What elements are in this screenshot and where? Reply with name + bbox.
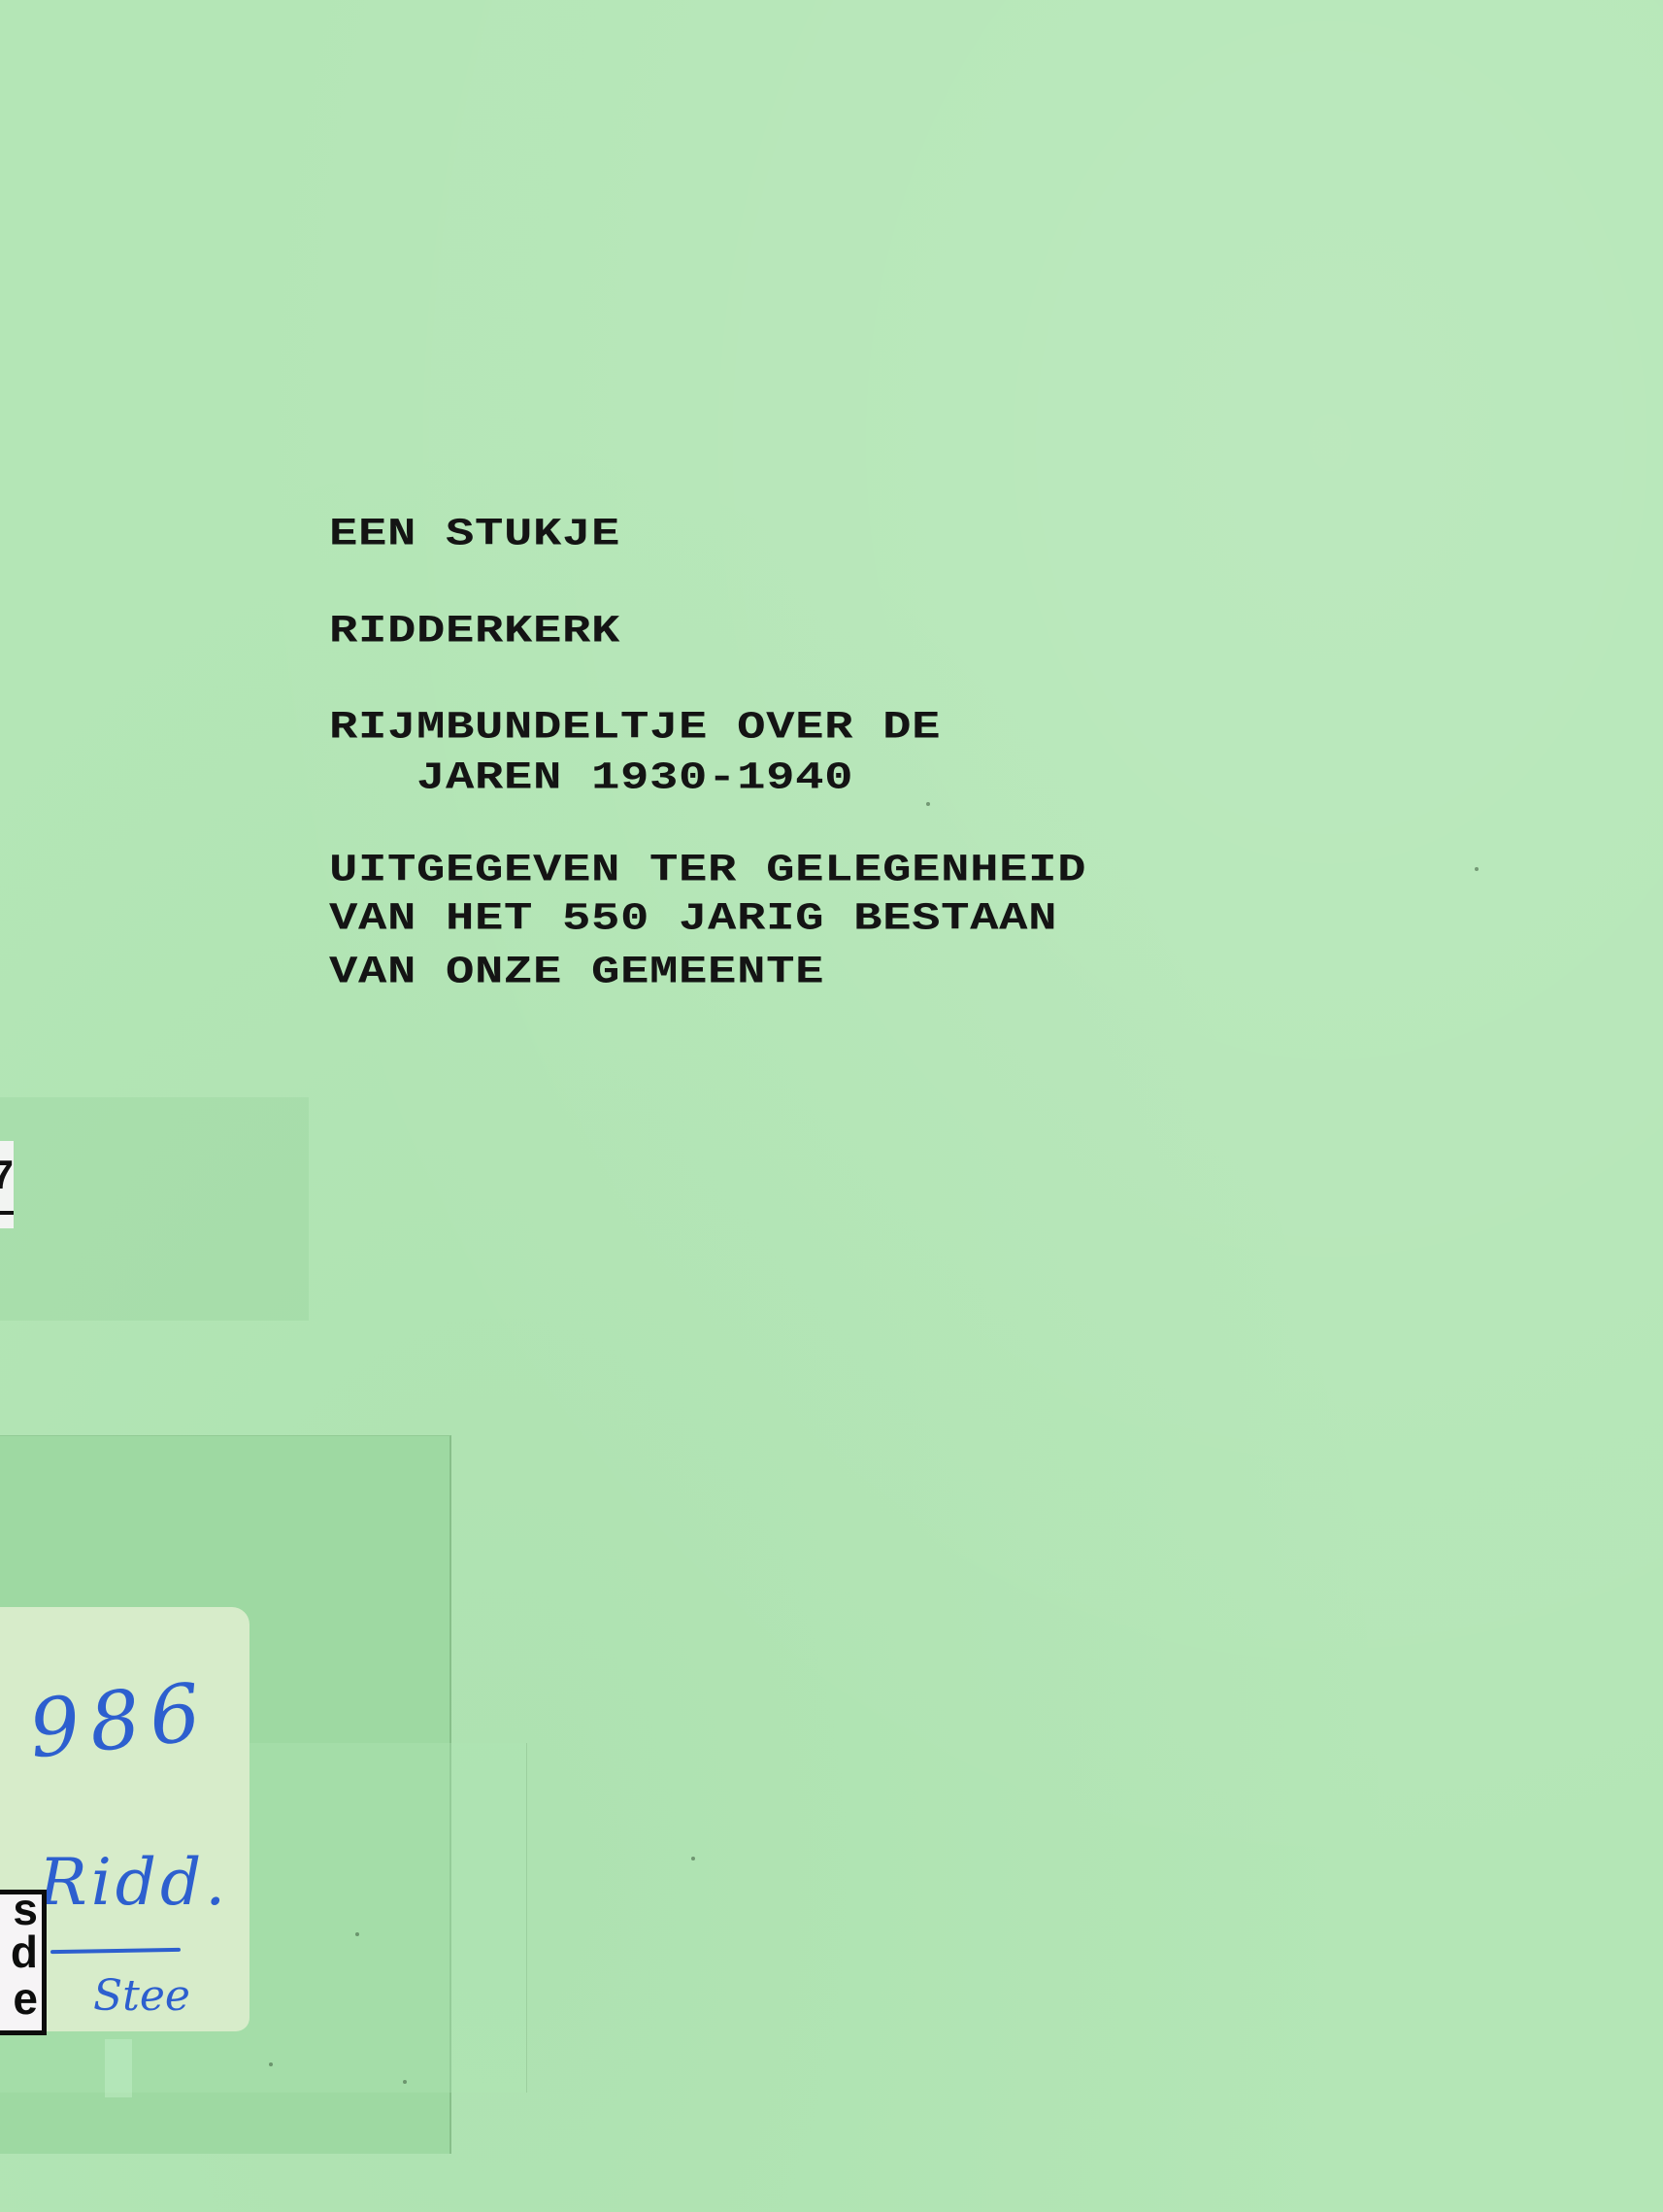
title-line-jaren: JAREN 1930-1940 bbox=[329, 758, 853, 797]
sticker-bottom-line-0: s bbox=[13, 1890, 38, 1931]
sticker-bottom-line-2: e bbox=[13, 1976, 38, 2021]
handwritten-place: Ridd. bbox=[39, 1845, 229, 1920]
speck bbox=[269, 2062, 273, 2066]
sticker-top-glyph: 7 bbox=[0, 1155, 14, 1195]
sticker-fragment-top: 7 bbox=[0, 1141, 14, 1228]
handwritten-number: 986 bbox=[25, 1666, 215, 1777]
title-line-een-stukje: EEN STUKJE bbox=[329, 515, 620, 553]
sticker-top-rule bbox=[0, 1211, 14, 1215]
speck bbox=[1475, 867, 1479, 871]
tape-strip bbox=[105, 2039, 132, 2097]
sticker-bottom-line-1: d bbox=[11, 1929, 38, 1974]
title-line-550-jarig: VAN HET 550 JARIG BESTAAN bbox=[329, 899, 1057, 938]
title-line-ridderkerk: RIDDERKERK bbox=[329, 612, 620, 651]
title-line-rijmbundeltje: RIJMBUNDELTJE OVER DE bbox=[329, 708, 941, 747]
speck bbox=[926, 802, 930, 806]
title-line-uitgegeven: UITGEGEVEN TER GELEGENHEID bbox=[329, 851, 1086, 889]
speck bbox=[403, 2080, 407, 2084]
title-line-gemeente: VAN ONZE GEMEENTE bbox=[329, 953, 824, 991]
speck bbox=[355, 1932, 359, 1936]
sticker-fragment-bottom: s d e bbox=[0, 1890, 47, 2035]
tape-residue-upper bbox=[0, 1097, 309, 1321]
handwritten-sub: Stee bbox=[93, 1971, 190, 2021]
speck bbox=[691, 1857, 695, 1860]
